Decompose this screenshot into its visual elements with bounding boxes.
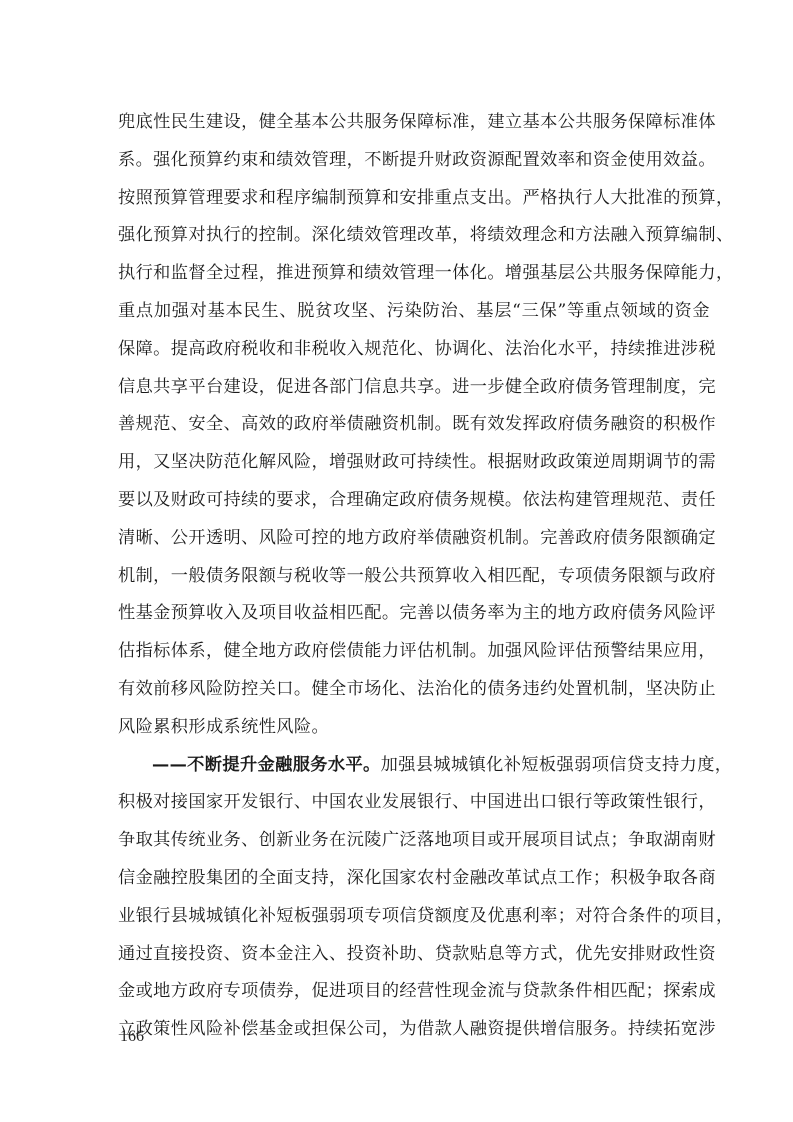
text-line: 善规范、安全、高效的政府举债融资机制。既有效发挥政府债务融资的积极作 (118, 406, 710, 444)
text-line: 兜底性民生建设，健全基本公共服务保障标准，建立基本公共服务保障标准体 (118, 104, 710, 142)
document-page: 兜底性民生建设，健全基本公共服务保障标准，建立基本公共服务保障标准体 系。强化预… (0, 0, 793, 1122)
text-run: 加强县城城镇化补短板强弱项信贷支持力度， (381, 755, 733, 775)
text-line: 通过直接投资、资本金注入、投资补助、贷款贴息等方式，优先安排财政性资 (118, 936, 710, 974)
text-line: 积极对接国家开发银行、中国农业发展银行、中国进出口银行等政策性银行， (118, 784, 710, 822)
paragraph-first-line: ——不断提升金融服务水平。加强县城城镇化补短板强弱项信贷支持力度， (118, 747, 710, 785)
text-line: 执行和监督全过程，推进预算和绩效管理一体化。增强基层公共服务保障能力， (118, 255, 710, 293)
text-line: 保障。提高政府税收和非税收入规范化、协调化、法治化水平，持续推进涉税 (118, 331, 710, 369)
section-heading: ——不断提升金融服务水平。 (152, 755, 381, 775)
text-line: 重点加强对基本民生、脱贫攻坚、污染防治、基层“三保”等重点领域的资金 (118, 293, 710, 331)
text-line: 风险累积形成系统性风险。 (118, 709, 710, 747)
body-text: 兜底性民生建设，健全基本公共服务保障标准，建立基本公共服务保障标准体 系。强化预… (118, 104, 710, 1049)
text-line: 清晰、公开透明、风险可控的地方政府举债融资机制。完善政府债务限额确定 (118, 520, 710, 558)
text-line: 性基金预算收入及项目收益相匹配。完善以债务率为主的地方政府债务风险评 (118, 595, 710, 633)
page-number: 166 (120, 1028, 144, 1046)
text-line: 金或地方政府专项债券，促进项目的经营性现金流与贷款条件相匹配；探索成 (118, 973, 710, 1011)
text-line: 要以及财政可持续的要求，合理确定政府债务规模。依法构建管理规范、责任 (118, 482, 710, 520)
text-line: 有效前移风险防控关口。健全市场化、法治化的债务违约处置机制，坚决防止 (118, 671, 710, 709)
text-line: 用，又坚决防范化解风险，增强财政可持续性。根据财政政策逆周期调节的需 (118, 444, 710, 482)
text-line: 争取其传统业务、创新业务在沅陵广泛落地项目或开展项目试点；争取湖南财 (118, 822, 710, 860)
text-line: 按照预算管理要求和程序编制预算和安排重点支出。严格执行人大批准的预算， (118, 180, 710, 218)
text-line: 业银行县城城镇化补短板强弱项专项信贷额度及优惠利率；对符合条件的项目， (118, 898, 710, 936)
text-line: 机制，一般债务限额与税收等一般公共预算收入相匹配，专项债务限额与政府 (118, 558, 710, 596)
text-line: 估指标体系，健全地方政府偿债能力评估机制。加强风险评估预警结果应用， (118, 633, 710, 671)
text-line: 信息共享平台建设，促进各部门信息共享。进一步健全政府债务管理制度，完 (118, 369, 710, 407)
text-line: 信金融控股集团的全面支持，深化国家农村金融改革试点工作；积极争取各商 (118, 860, 710, 898)
text-line: 系。强化预算约束和绩效管理，不断提升财政资源配置效率和资金使用效益。 (118, 142, 710, 180)
text-line: 立政策性风险补偿基金或担保公司，为借款人融资提供增信服务。持续拓宽涉 (118, 1011, 710, 1049)
text-line: 强化预算对执行的控制。深化绩效管理改革，将绩效理念和方法融入预算编制、 (118, 217, 710, 255)
